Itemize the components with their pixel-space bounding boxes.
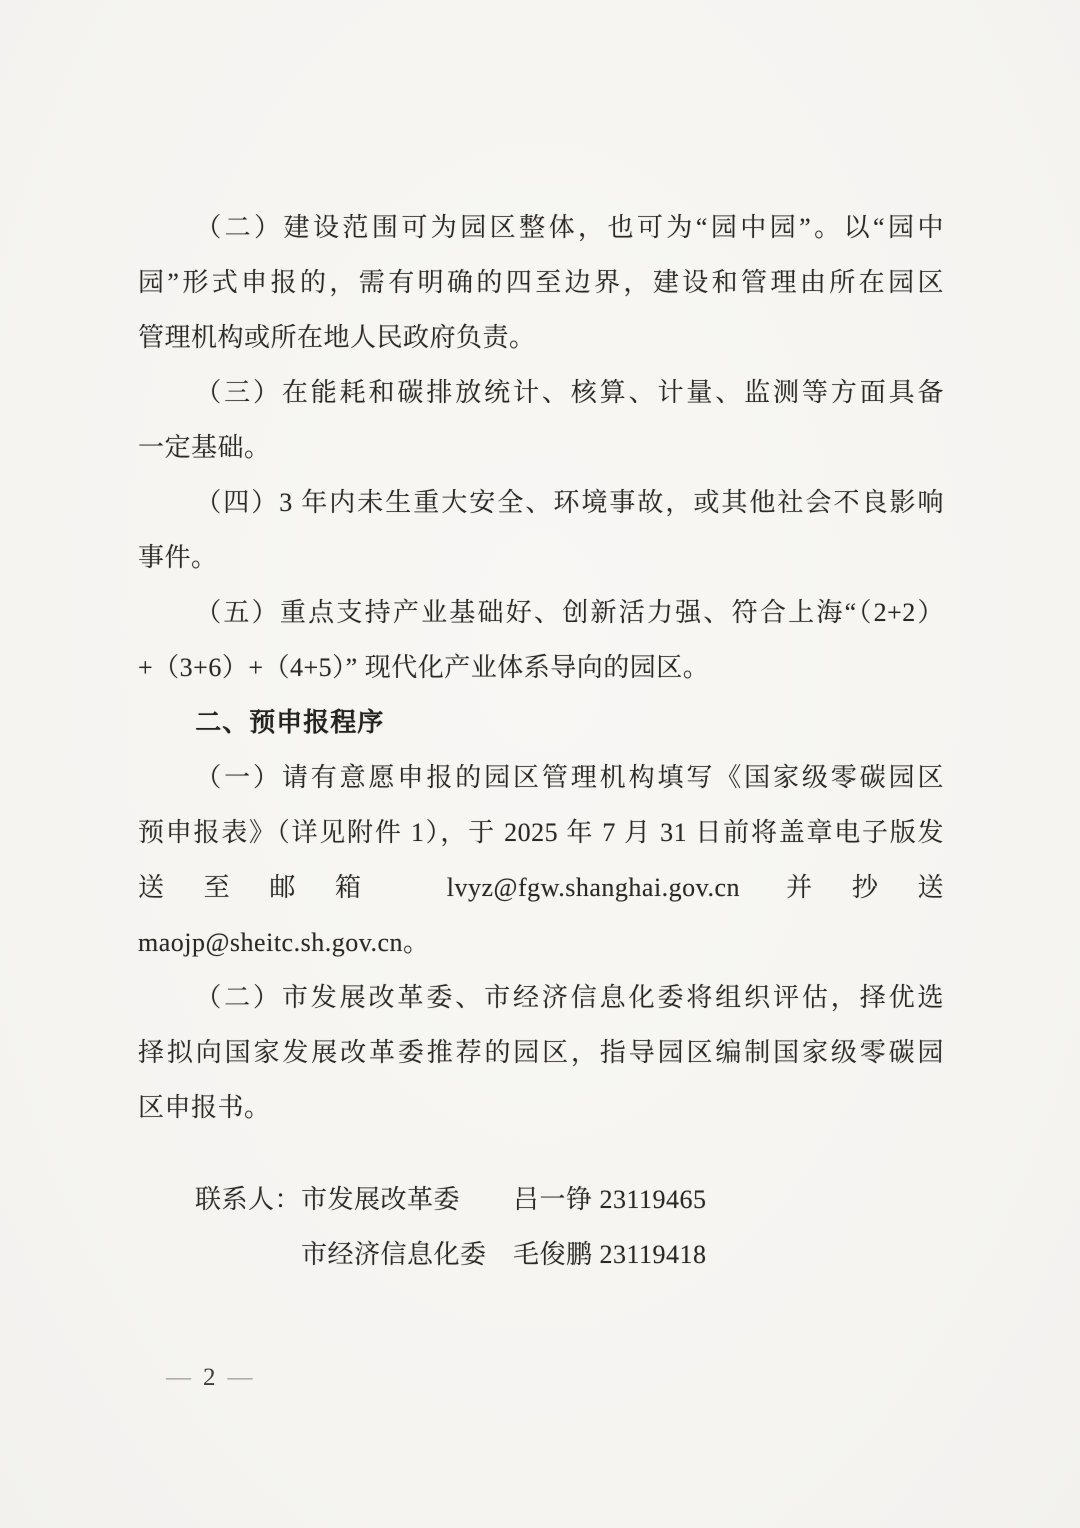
para-1-application-form-submission-line-2: 预申报表》（详见附件 1），于 2025 年 7 月 31 日前将盖章电子版发 <box>138 805 944 860</box>
document-page: （二）建设范围可为园区整体，也可为“园中园”。以“园中园”形式申报的，需有明确的… <box>0 0 1080 1528</box>
page-number-dash-left: — <box>166 1364 193 1391</box>
page-number: 2 <box>203 1364 218 1391</box>
document-body: （二）建设范围可为园区整体，也可为“园中园”。以“园中园”形式申报的，需有明确的… <box>138 200 944 1282</box>
para-1-application-form-submission-line-3: 送至邮箱 lvyz@fgw.shanghai.gov.cn 并抄送 <box>138 860 944 915</box>
para-2-construction-scope-line-2: 园”形式申报的，需有明确的四至边界，建设和管理由所在园区 <box>138 255 944 310</box>
para-4-no-accidents: （四）3 年内未生重大安全、环境事故，或其他社会不良影响事件。 <box>138 475 944 585</box>
para-2-construction-scope: （二）建设范围可为园区整体，也可为“园中园”。以“园中园”形式申报的，需有明确的… <box>138 200 944 365</box>
heading-pre-application-procedure-line-1: 二、预申报程序 <box>138 695 944 750</box>
contact-info-line-1: 联系人：市发展改革委 吕一铮 23119465 <box>138 1172 944 1227</box>
para-5-industry-support-line-1: （五）重点支持产业基础好、创新活力强、符合上海“（2+2） <box>138 585 944 640</box>
para-1-application-form-submission-line-1: （一）请有意愿申报的园区管理机构填写《国家级零碳园区 <box>138 750 944 805</box>
para-4-no-accidents-line-1: （四）3 年内未生重大安全、环境事故，或其他社会不良影响 <box>138 475 944 530</box>
heading-pre-application-procedure: 二、预申报程序 <box>138 695 944 750</box>
para-3-statistics-basis-line-2: 一定基础。 <box>138 420 944 475</box>
para-2-evaluation-recommendation-line-2: 择拟向国家发展改革委推荐的园区，指导园区编制国家级零碳园 <box>138 1025 944 1080</box>
contact-info-line-2: 市经济信息化委 毛俊鹏 23119418 <box>138 1227 944 1282</box>
page-footer: —2— <box>166 1358 255 1398</box>
para-2-evaluation-recommendation-line-3: 区申报书。 <box>138 1080 944 1135</box>
para-1-application-form-submission-line-4: maojp@sheitc.sh.gov.cn。 <box>138 915 944 970</box>
para-3-statistics-basis: （三）在能耗和碳排放统计、核算、计量、监测等方面具备一定基础。 <box>138 365 944 475</box>
para-5-industry-support-line-2: +（3+6）+（4+5）” 现代化产业体系导向的园区。 <box>138 640 944 695</box>
para-2-evaluation-recommendation-line-1: （二）市发展改革委、市经济信息化委将组织评估，择优选 <box>138 970 944 1025</box>
para-5-industry-support: （五）重点支持产业基础好、创新活力强、符合上海“（2+2）+（3+6）+（4+5… <box>138 585 944 695</box>
page-number-dash-right: — <box>228 1364 255 1391</box>
contact-info: 联系人：市发展改革委 吕一铮 23119465 市经济信息化委 毛俊鹏 2311… <box>138 1172 944 1282</box>
para-2-evaluation-recommendation: （二）市发展改革委、市经济信息化委将组织评估，择优选择拟向国家发展改革委推荐的园… <box>138 970 944 1135</box>
para-2-construction-scope-line-1: （二）建设范围可为园区整体，也可为“园中园”。以“园中 <box>138 200 944 255</box>
para-4-no-accidents-line-2: 事件。 <box>138 530 944 585</box>
para-3-statistics-basis-line-1: （三）在能耗和碳排放统计、核算、计量、监测等方面具备 <box>138 365 944 420</box>
para-2-construction-scope-line-3: 管理机构或所在地人民政府负责。 <box>138 310 944 365</box>
para-1-application-form-submission: （一）请有意愿申报的园区管理机构填写《国家级零碳园区预申报表》（详见附件 1），… <box>138 750 944 970</box>
